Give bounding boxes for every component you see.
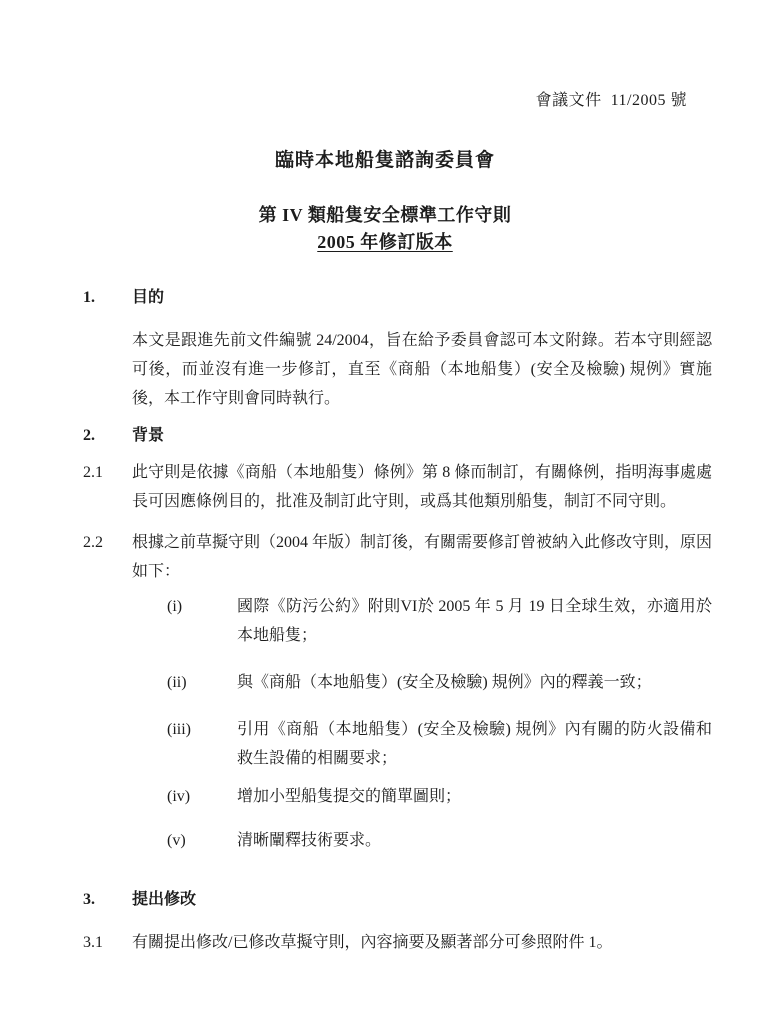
doc-subtitle: 第 IV 類船隻安全標準工作守則 2005 年修訂版本 xyxy=(0,202,770,256)
list-item-i-marker: (i) xyxy=(167,592,237,650)
paragraph-1: 本文是跟進先前文件編號 24/2004，旨在給予委員會認可本文附錄。若本守則經認… xyxy=(0,326,770,413)
paragraph-2-2-text: 根據之前草擬守則（2004 年版）制訂後，有關需要修訂曾被納入此修改守則，原因如… xyxy=(132,528,712,586)
list-item-iii-text: 引用《商船（本地船隻）(安全及檢驗) 規例》內有關的防火設備和救生設備的相關要求… xyxy=(237,715,712,773)
doc-number: 會議文件 11/2005 號 xyxy=(0,86,770,115)
section-1-heading: 目的 xyxy=(132,283,712,312)
paragraph-2-2-number: 2.2 xyxy=(83,528,132,586)
paragraph-3-1: 3.1 有關提出修改/已修改草擬守則，內容摘要及顯著部分可參照附件 1。 xyxy=(0,928,770,957)
list-item-iv: (iv) 增加小型船隻提交的簡單圖則； xyxy=(0,782,770,811)
section-2-heading: 背景 xyxy=(132,421,712,450)
section-3-number: 3. xyxy=(83,885,132,914)
list-item-i-text: 國際《防污公約》附則VI於 2005 年 5 月 19 日全球生效，亦適用於本地… xyxy=(237,592,712,650)
section-1-number: 1. xyxy=(83,283,132,312)
section-1-heading-row: 1. 目的 xyxy=(0,283,770,312)
list-item-iv-marker: (iv) xyxy=(167,782,237,811)
list-item-ii-text: 與《商船（本地船隻）(安全及檢驗) 規例》內的釋義一致； xyxy=(237,668,712,697)
paragraph-2-1-number: 2.1 xyxy=(83,458,132,516)
document-page: 會議文件 11/2005 號 臨時本地船隻諮詢委員會 第 IV 類船隻安全標準工… xyxy=(0,0,770,1024)
list-item-v-text: 清晰闡釋技術要求。 xyxy=(237,826,712,855)
subtitle-line2: 2005 年修訂版本 xyxy=(0,229,770,256)
paragraph-3-1-number: 3.1 xyxy=(83,928,132,957)
section-3-heading-row: 3. 提出修改 xyxy=(0,885,770,914)
paragraph-2-2: 2.2 根據之前草擬守則（2004 年版）制訂後，有關需要修訂曾被納入此修改守則… xyxy=(0,528,770,586)
section-3-heading: 提出修改 xyxy=(132,885,712,914)
list-item-v-marker: (v) xyxy=(167,826,237,855)
list-item-iii-marker: (iii) xyxy=(167,715,237,773)
list-item-i: (i) 國際《防污公約》附則VI於 2005 年 5 月 19 日全球生效，亦適… xyxy=(0,592,770,650)
paragraph-3-1-text: 有關提出修改/已修改草擬守則，內容摘要及顯著部分可參照附件 1。 xyxy=(132,928,712,957)
list-item-ii: (ii) 與《商船（本地船隻）(安全及檢驗) 規例》內的釋義一致； xyxy=(0,668,770,697)
section-2-number: 2. xyxy=(83,421,132,450)
page-title: 臨時本地船隻諮詢委員會 xyxy=(0,146,770,175)
list-item-iv-text: 增加小型船隻提交的簡單圖則； xyxy=(237,782,712,811)
section-2-heading-row: 2. 背景 xyxy=(0,421,770,450)
paragraph-1-text: 本文是跟進先前文件編號 24/2004，旨在給予委員會認可本文附錄。若本守則經認… xyxy=(132,326,712,413)
paragraph-2-1: 2.1 此守則是依據《商船（本地船隻）條例》第 8 條而制訂，有關條例，指明海事… xyxy=(0,458,770,516)
list-item-ii-marker: (ii) xyxy=(167,668,237,697)
list-item-iii: (iii) 引用《商船（本地船隻）(安全及檢驗) 規例》內有關的防火設備和救生設… xyxy=(0,715,770,773)
subtitle-line1: 第 IV 類船隻安全標準工作守則 xyxy=(0,202,770,229)
paragraph-2-1-text: 此守則是依據《商船（本地船隻）條例》第 8 條而制訂，有關條例，指明海事處處長可… xyxy=(132,458,712,516)
paragraph-1-number xyxy=(83,326,132,413)
list-item-v: (v) 清晰闡釋技術要求。 xyxy=(0,826,770,855)
